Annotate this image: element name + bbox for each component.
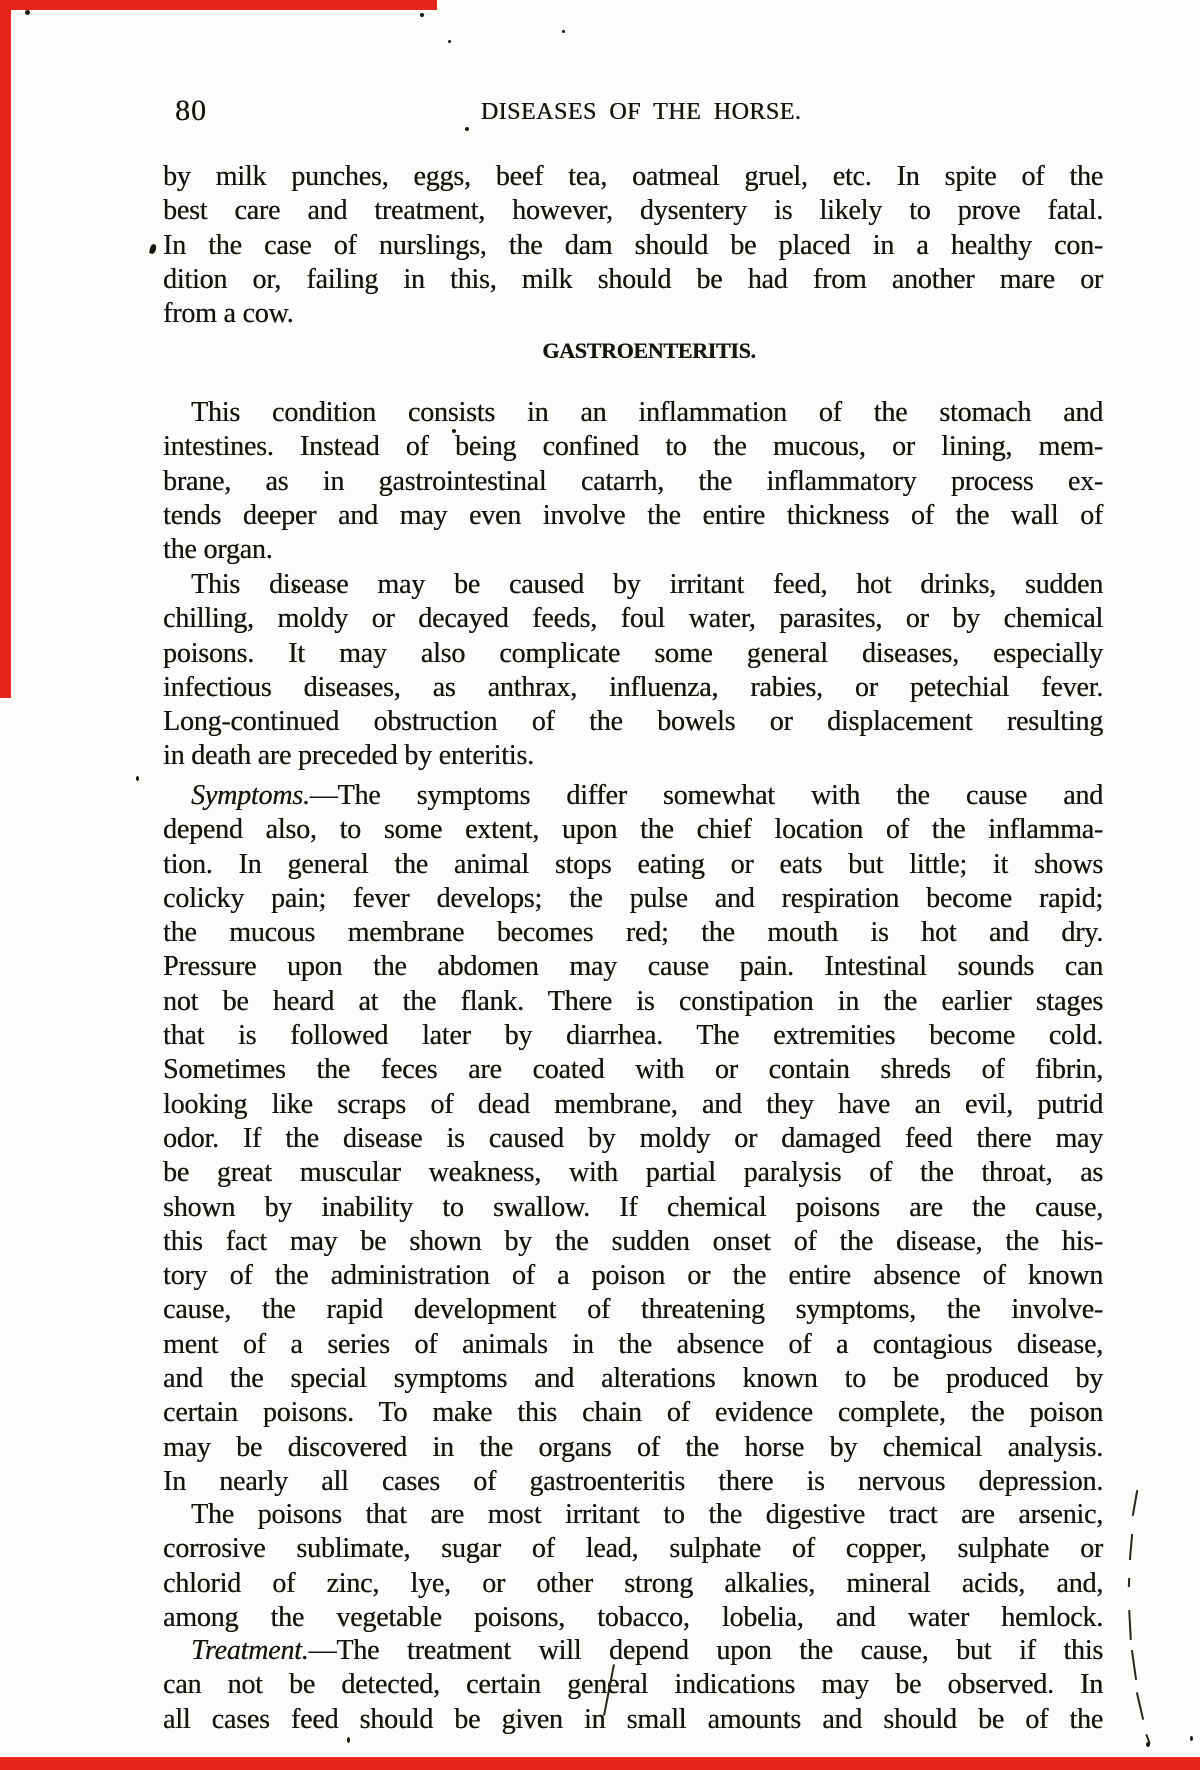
text-line: depend also, to some extent, upon the ch… [163,813,1103,847]
body-text: by milk punches, eggs, beef tea, oatmeal… [163,0,1103,1770]
text-line: this fact may be shown by the sudden ons… [163,1225,1103,1259]
text-line: from a cow. [163,297,1103,331]
text-line: Sometimes the feces are coated with or c… [163,1053,1103,1087]
text-line: poisons. It may also complicate some gen… [163,637,1103,671]
page-curl-dash [1132,1490,1138,1516]
text-line: In the case of nurslings, the dam should… [163,229,1103,263]
page-curl-dash [1128,1610,1132,1640]
italic-lead: Symptoms. [191,780,310,811]
text-line: and the special symptoms and alterations… [163,1362,1103,1396]
text-line: corrosive sublimate, sugar of lead, sulp… [163,1532,1103,1566]
text-line: infectious diseases, as anthrax, influen… [163,671,1103,705]
scan-speck [293,587,296,591]
text-line: odor. If the disease is caused by moldy … [163,1122,1103,1156]
text-line: certain poisons. To make this chain of e… [163,1396,1103,1430]
text-line: shown by inability to swallow. If chemic… [163,1191,1103,1225]
scan-speck [452,429,456,433]
text-line: best care and treatment, however, dysent… [163,194,1103,228]
paragraph: This disease may be caused by irritant f… [163,568,1103,774]
scan-speck [562,30,565,33]
text-line: brane, as in gastrointestinal catarrh, t… [163,465,1103,499]
page-curl-dash [1131,1650,1137,1680]
text-line: be great muscular weakness, with partial… [163,1156,1103,1190]
text-line: This disease may be caused by irritant f… [163,568,1103,602]
scan-speck [25,10,30,15]
paragraph: Treatment.—The treatment will depend upo… [163,1634,1103,1737]
text-line: intestines. Instead of being confined to… [163,430,1103,464]
section-heading: GASTROENTERITIS. [163,339,1119,363]
page-curl-dash [1128,1578,1130,1587]
text-line: among the vegetable poisons, tobacco, lo… [163,1601,1103,1635]
scan-speck [420,13,424,17]
scan-edge-left [0,0,11,698]
text-line: tion. In general the animal stops eating… [163,848,1103,882]
text-line: the mucous membrane becomes red; the mou… [163,916,1103,950]
text-line: chilling, moldy or decayed feeds, foul w… [163,602,1103,636]
paragraph: This condition consists in an inflammati… [163,396,1103,567]
text-line: chlorid of zinc, lye, or other strong al… [163,1567,1103,1601]
text-line: ment of a series of animals in the absen… [163,1328,1103,1362]
scan-speck [347,1737,350,1743]
scan-speck [465,127,469,131]
text-line: tends deeper and may even involve the en… [163,499,1103,533]
scan-speck [1190,1736,1193,1741]
text-line: all cases feed should be given in small … [163,1703,1103,1737]
italic-lead: Treatment. [191,1635,309,1666]
paragraph: The poisons that are most irritant to th… [163,1498,1103,1635]
scan-speck [136,776,139,781]
scan-speck [448,40,451,43]
page-curl-dash [1136,1692,1144,1720]
text-line: tory of the administration of a poison o… [163,1259,1103,1293]
text-line: not be heard at the flank. There is cons… [163,985,1103,1019]
paragraph: Symptoms.—The symptoms differ somewhat w… [163,779,1103,1499]
text-line: Pressure upon the abdomen may cause pain… [163,950,1103,984]
text-line: dition or, failing in this, milk should … [163,263,1103,297]
text-line: the organ. [163,533,1103,567]
text-line: can not be detected, certain general ind… [163,1668,1103,1702]
text-line: may be discovered in the organs of the h… [163,1431,1103,1465]
text-line: The poisons that are most irritant to th… [163,1498,1103,1532]
page-curl-dash [1129,1534,1133,1560]
text-line: In nearly all cases of gastroenteritis t… [163,1465,1103,1499]
text-line: that is followed later by diarrhea. The … [163,1019,1103,1053]
text-line: in death are preceded by enteritis. [163,739,1103,773]
scan-comma-mark [149,243,157,254]
text-line: by milk punches, eggs, beef tea, oatmeal… [163,160,1103,194]
text-line: This condition consists in an inflammati… [163,396,1103,430]
text-line: cause, the rapid development of threaten… [163,1293,1103,1327]
text-line: Long-continued obstruction of the bowels… [163,705,1103,739]
text-line: colicky pain; fever develops; the pulse … [163,882,1103,916]
text-line: Symptoms.—The symptoms differ somewhat w… [163,779,1103,813]
book-page-scan: 80 DISEASES OF THE HORSE. by milk punche… [0,0,1200,1770]
paragraph: by milk punches, eggs, beef tea, oatmeal… [163,160,1103,331]
text-line: looking like scraps of dead membrane, an… [163,1088,1103,1122]
text-line: Treatment.—The treatment will depend upo… [163,1634,1103,1668]
